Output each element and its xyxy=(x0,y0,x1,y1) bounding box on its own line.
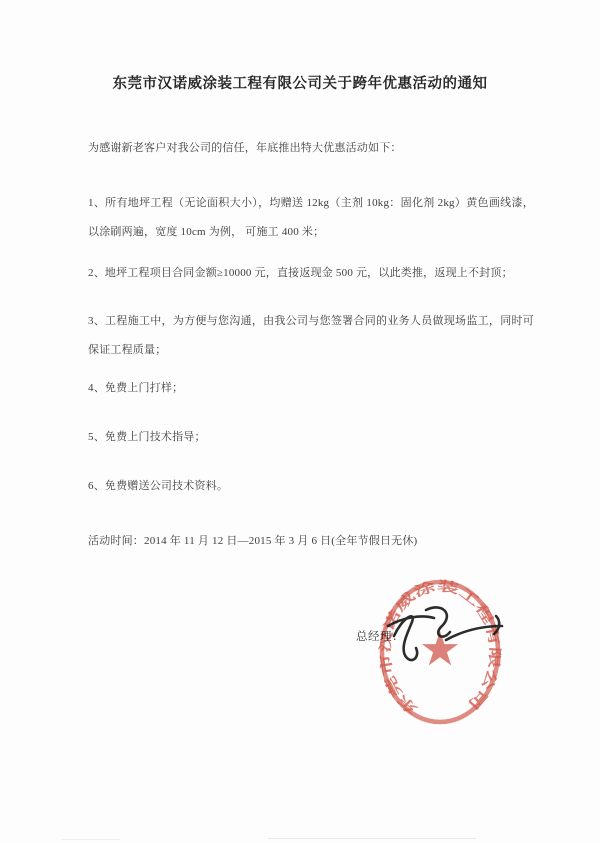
intro-paragraph: 为感谢新老客户对我公司的信任，年底推出特大优惠活动如下： xyxy=(88,134,534,163)
scan-artifact-line xyxy=(62,839,120,840)
offer-item-1: 1、所有地坪工程（无论面积大小），均赠送 12kg（主剂 10kg：固化剂 2k… xyxy=(88,189,534,247)
document-title: 东莞市汉诺威涂装工程有限公司关于跨年优惠活动的通知 xyxy=(0,72,600,93)
company-seal-stamp: 东莞市汉诺威涂装工程有限公司 xyxy=(350,568,534,744)
offer-item-4: 4、免费上门打样； xyxy=(88,374,534,403)
scanned-notice-page: 东莞市汉诺威涂装工程有限公司关于跨年优惠活动的通知 为感谢新老客户对我公司的信任… xyxy=(0,0,600,843)
activity-time-line: 活动时间：2014 年 11 月 12 日—2015 年 3 月 6 日(全年节… xyxy=(88,527,534,556)
offer-item-3: 3、工程施工中，为方便与您沟通，由我公司与您签署合同的业务人员做现场监工，同时可… xyxy=(88,307,534,365)
scan-artifact-line xyxy=(268,838,476,839)
offer-item-2: 2、地坪工程项目合同金额≥10000 元，直接返现金 500 元，以此类推，返现… xyxy=(88,259,534,288)
offer-item-6: 6、免费赠送公司技术资料。 xyxy=(88,472,534,501)
offer-item-5: 5、免费上门技术指导； xyxy=(88,423,534,452)
